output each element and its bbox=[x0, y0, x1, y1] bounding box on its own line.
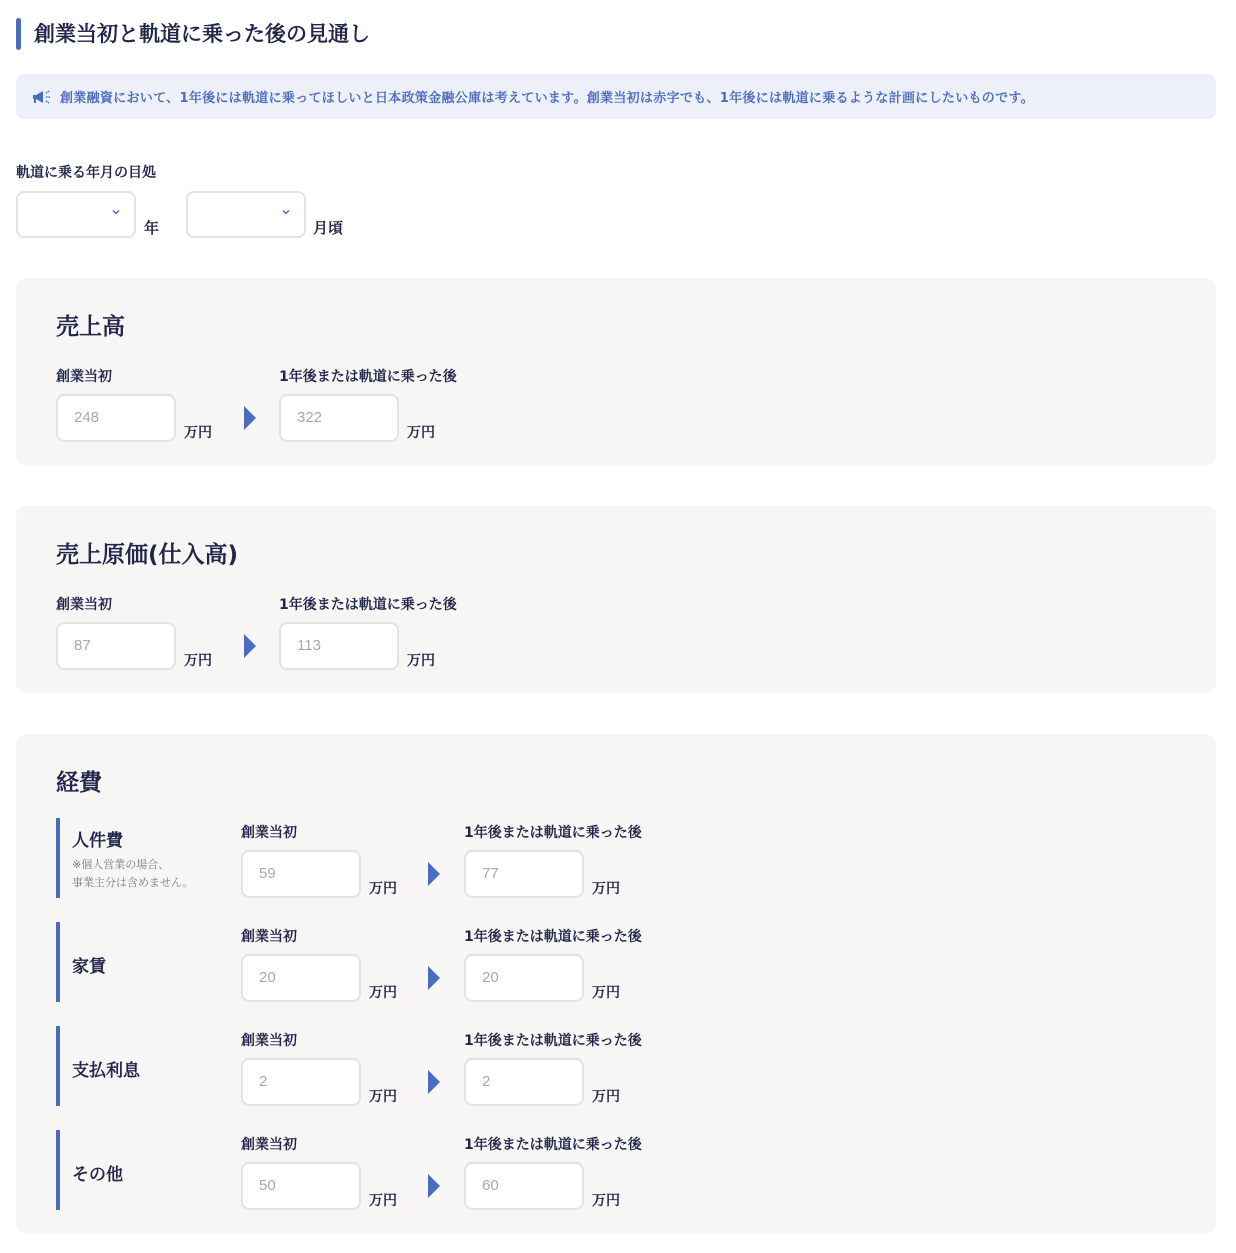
personnel-after-input[interactable]: 77 bbox=[464, 850, 584, 898]
expenses-card: 経費 人件費 ※個人営業の場合、 事業主分は含めません。 創業当初 1年後または… bbox=[16, 734, 1216, 1233]
expense-row-personnel: 人件費 ※個人営業の場合、 事業主分は含めません。 創業当初 1年後または軌道に… bbox=[56, 818, 756, 898]
initial-label: 創業当初 bbox=[56, 366, 112, 386]
megaphone-icon bbox=[32, 90, 54, 104]
arrow-right-icon bbox=[428, 1070, 440, 1094]
arrow-right-icon bbox=[244, 406, 256, 430]
arrow-right-icon bbox=[428, 862, 440, 886]
cost-of-sales-title: 売上原価(仕入高) bbox=[56, 536, 238, 569]
expense-row-other: その他 創業当初 1年後または軌道に乗った後 50 万円 60 万円 bbox=[56, 1130, 756, 1210]
row-accent-bar bbox=[56, 922, 60, 1002]
expense-name: 支払利息 bbox=[72, 1056, 140, 1081]
unit-label: 万円 bbox=[369, 982, 397, 1002]
initial-label: 創業当初 bbox=[241, 1030, 297, 1050]
note-line: 事業主分は含めません。 bbox=[72, 874, 194, 892]
unit-label: 万円 bbox=[184, 650, 212, 670]
interest-after-input[interactable]: 2 bbox=[464, 1058, 584, 1106]
after-label: 1年後または軌道に乗った後 bbox=[279, 366, 457, 386]
chevron-down-icon bbox=[280, 206, 292, 218]
sales-card: 売上高 創業当初 1年後または軌道に乗った後 248 万円 322 万円 bbox=[16, 278, 1216, 465]
expense-name: 家賃 bbox=[72, 952, 106, 977]
page-title: 創業当初と軌道に乗った後の見通し bbox=[16, 16, 370, 50]
page-title-text: 創業当初と軌道に乗った後の見通し bbox=[34, 18, 370, 48]
unit-label: 万円 bbox=[592, 982, 620, 1002]
sales-initial-input[interactable]: 248 bbox=[56, 394, 176, 442]
initial-label: 創業当初 bbox=[241, 1134, 297, 1154]
unit-label: 万円 bbox=[592, 1190, 620, 1210]
row-accent-bar bbox=[56, 818, 60, 898]
after-label: 1年後または軌道に乗った後 bbox=[279, 594, 457, 614]
cost-after-input[interactable]: 113 bbox=[279, 622, 399, 670]
after-label: 1年後または軌道に乗った後 bbox=[464, 822, 642, 842]
rent-after-input[interactable]: 20 bbox=[464, 954, 584, 1002]
expense-name: 人件費 bbox=[72, 826, 123, 851]
row-accent-bar bbox=[56, 1026, 60, 1106]
other-after-input[interactable]: 60 bbox=[464, 1162, 584, 1210]
initial-label: 創業当初 bbox=[241, 926, 297, 946]
sales-title: 売上高 bbox=[56, 308, 125, 341]
after-label: 1年後または軌道に乗った後 bbox=[464, 926, 642, 946]
year-select[interactable] bbox=[16, 191, 136, 238]
expense-name: その他 bbox=[72, 1160, 123, 1185]
sales-after-input[interactable]: 322 bbox=[279, 394, 399, 442]
cost-initial-input[interactable]: 87 bbox=[56, 622, 176, 670]
unit-label: 万円 bbox=[407, 650, 435, 670]
unit-label: 万円 bbox=[407, 422, 435, 442]
rent-initial-input[interactable]: 20 bbox=[241, 954, 361, 1002]
unit-label: 万円 bbox=[369, 1086, 397, 1106]
arrow-right-icon bbox=[244, 634, 256, 658]
unit-label: 万円 bbox=[184, 422, 212, 442]
notice-text: 創業融資において、1年後には軌道に乗ってほしいと日本政策金融公庫は考えています。… bbox=[60, 87, 1034, 106]
expenses-title: 経費 bbox=[56, 764, 102, 797]
unit-label: 万円 bbox=[592, 1086, 620, 1106]
initial-label: 創業当初 bbox=[241, 822, 297, 842]
unit-label: 万円 bbox=[592, 878, 620, 898]
expense-row-interest: 支払利息 創業当初 1年後または軌道に乗った後 2 万円 2 万円 bbox=[56, 1026, 756, 1106]
info-notice: 創業融資において、1年後には軌道に乗ってほしいと日本政策金融公庫は考えています。… bbox=[16, 74, 1216, 119]
personnel-initial-input[interactable]: 59 bbox=[241, 850, 361, 898]
expense-note: ※個人営業の場合、 事業主分は含めません。 bbox=[72, 856, 194, 892]
unit-label: 万円 bbox=[369, 1190, 397, 1210]
unit-label: 万円 bbox=[369, 878, 397, 898]
expense-row-rent: 家賃 創業当初 1年後または軌道に乗った後 20 万円 20 万円 bbox=[56, 922, 756, 1002]
cost-of-sales-card: 売上原価(仕入高) 創業当初 1年後または軌道に乗った後 87 万円 113 万… bbox=[16, 506, 1216, 693]
after-label: 1年後または軌道に乗った後 bbox=[464, 1030, 642, 1050]
initial-label: 創業当初 bbox=[56, 594, 112, 614]
note-line: ※個人営業の場合、 bbox=[72, 856, 194, 874]
other-initial-input[interactable]: 50 bbox=[241, 1162, 361, 1210]
interest-initial-input[interactable]: 2 bbox=[241, 1058, 361, 1106]
row-accent-bar bbox=[56, 1130, 60, 1210]
year-suffix: 年 bbox=[144, 217, 159, 238]
target-date-label: 軌道に乗る年月の目処 bbox=[16, 162, 156, 182]
chevron-down-icon bbox=[110, 206, 122, 218]
arrow-right-icon bbox=[428, 966, 440, 990]
after-label: 1年後または軌道に乗った後 bbox=[464, 1134, 642, 1154]
month-select[interactable] bbox=[186, 191, 306, 238]
month-suffix: 月頃 bbox=[313, 217, 343, 238]
arrow-right-icon bbox=[428, 1174, 440, 1198]
